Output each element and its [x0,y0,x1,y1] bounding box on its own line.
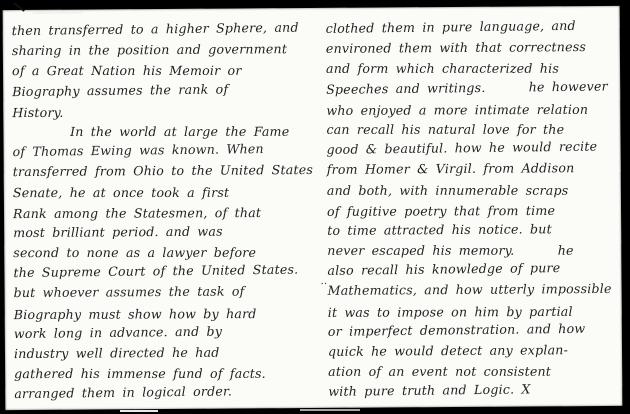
manuscript-line: Speeches and writings. he however [326,76,616,100]
manuscript-line: Biography assumes the rank of [12,78,314,102]
manuscript-line: and both, with innumerable scraps [327,180,617,200]
manuscript-line: from Homer & Virgil. from Addison [327,158,617,180]
manuscript-line: good & beautiful. how he would recite [326,136,616,160]
manuscript-line: quick he would detect any explan- [328,340,618,362]
scan-noise [300,409,360,411]
manuscript-line: industry well directed he had [14,342,316,364]
manuscript-line: clothed them in pure language, and [326,15,616,39]
manuscript-line: then transferred to a higher Sphere, and [12,17,314,41]
scan-background: { "colors": { "scan_border": "#000000", … [0,0,630,414]
manuscript-line: of Thomas Ewing was known. When [12,139,314,163]
right-page-column: clothed them in pure language, and envir… [326,17,619,405]
left-page-column: then transferred to a higher Sphere, and… [12,19,317,407]
manuscript-line: who enjoyed a more intimate relation [326,99,616,120]
manuscript-paper: ‥ then transferred to a higher Sphere, a… [3,6,623,410]
scan-noise [120,410,158,412]
manuscript-line: also recall his knowledge of pure [327,258,617,282]
manuscript-line: the Supreme Court of the United States. [13,260,315,284]
manuscript-line: Senate, he at once took a first [13,182,315,202]
manuscript-line: with pure truth and Logic. X [328,379,618,403]
manuscript-line: arranged them in logical order. [14,381,316,405]
manuscript-line: work long in advance. and by [14,320,316,344]
manuscript-line: or imperfect demonstration. and how [328,318,618,342]
manuscript-line: sharing in the position and government [12,39,314,61]
manuscript-line: History. [12,102,314,124]
margin-dots: ‥ [320,276,327,287]
manuscript-line: environed them with that correctness [326,37,616,59]
manuscript-line: but whoever assumes the task of [14,281,316,303]
manuscript-line: to time attracted his notice. but [327,219,617,241]
stray-ink-mark [13,2,25,12]
manuscript-line: transferred from Ohio to the United Stat… [13,160,315,182]
manuscript-line: Mathematics, and how utterly impossible [328,279,618,301]
manuscript-line: Rank among the Statesmen, of that [13,202,315,224]
manuscript-line: most brilliant period. and was [13,221,315,243]
scan-noise [33,12,83,14]
manuscript-line: of fugitive poetry that from time [327,200,617,221]
